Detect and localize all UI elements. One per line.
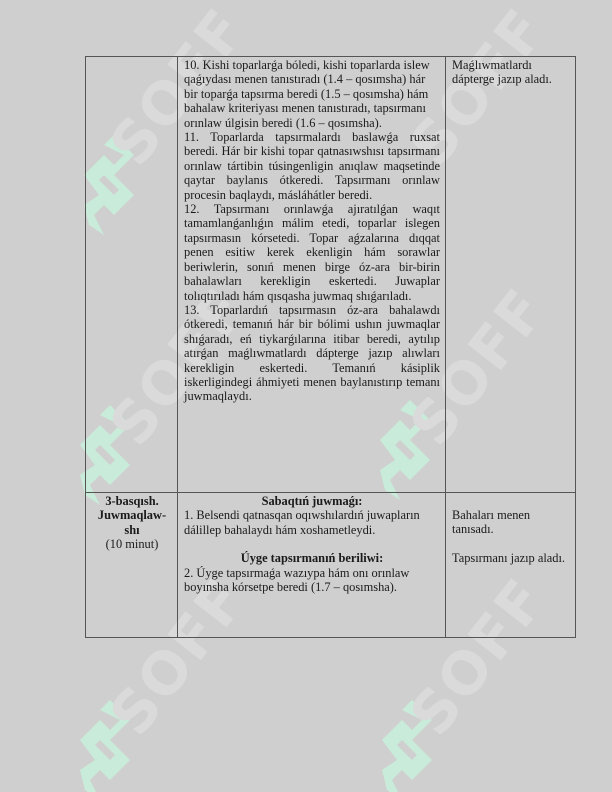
section-heading: Sabaqtıń juwmaǵı: xyxy=(184,494,440,508)
student-activity-cell: Bahaları menen tanısadı. Tapsırmanı jazı… xyxy=(446,493,576,638)
stage-title: 3-basqısh. xyxy=(92,494,172,508)
teacher-activity-cell: Sabaqtıń juwmaǵı: 1. Belsendi qatnasqan … xyxy=(178,493,446,638)
stage-duration: (10 minut) xyxy=(92,537,172,551)
activity-item: 10. Kishi toparlarǵa bóledi, kishi topar… xyxy=(184,58,440,130)
watermark-logo-icon xyxy=(80,700,150,792)
activity-item: 12. Tapsırmanı orınlawǵa ajıratılǵan waq… xyxy=(184,202,440,303)
teacher-activity-cell: 10. Kishi toparlarǵa bóledi, kishi topar… xyxy=(178,57,446,493)
activity-item: 13. Toparlardıń tapsırmasın óz-ara bahal… xyxy=(184,303,440,404)
student-activity-item: Tapsırmanı jazıp aladı. xyxy=(452,551,570,565)
watermark-logo-icon xyxy=(382,700,452,792)
table-row: 3-basqısh. Juwmaqlaw-shı (10 minut) Saba… xyxy=(86,493,576,638)
stage-subtitle: Juwmaqlaw-shı xyxy=(92,508,172,537)
section-heading: Úyge tapsırmanıń beriliwi: xyxy=(184,551,440,565)
activity-item: 2. Úyge tapsırmaǵa wazıypa hám onı orınl… xyxy=(184,566,440,595)
student-activity-item: Bahaları menen tanısadı. xyxy=(452,508,570,537)
student-activity-item: Maǵlıwmatlardı dápterge jazıp aladı. xyxy=(452,58,570,87)
stage-cell: 3-basqısh. Juwmaqlaw-shı (10 minut) xyxy=(86,493,178,638)
student-activity-cell: Maǵlıwmatlardı dápterge jazıp aladı. xyxy=(446,57,576,493)
activity-item: 11. Toparlarda tapsırmalardı baslawǵa ru… xyxy=(184,130,440,202)
stage-cell xyxy=(86,57,178,493)
lesson-plan-table: 10. Kishi toparlarǵa bóledi, kishi topar… xyxy=(85,56,576,638)
table-row: 10. Kishi toparlarǵa bóledi, kishi topar… xyxy=(86,57,576,493)
activity-item: 1. Belsendi qatnasqan oqıwshılardıń juwa… xyxy=(184,508,440,537)
